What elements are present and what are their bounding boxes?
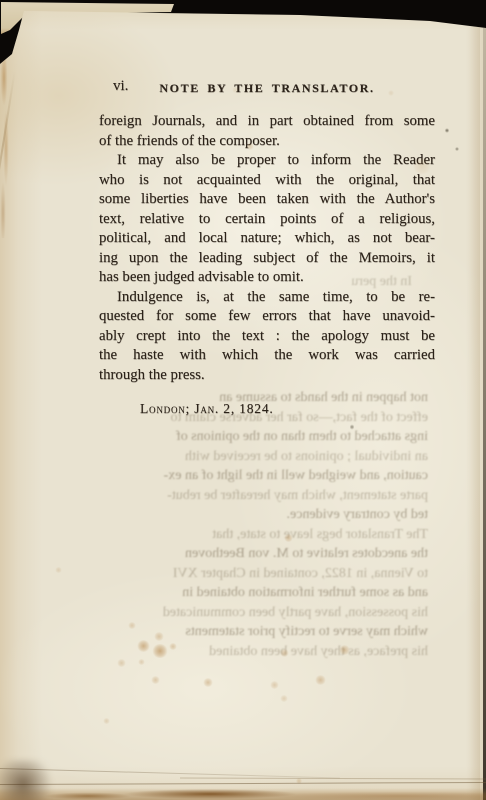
dark-speck bbox=[350, 424, 354, 430]
foxing-spot bbox=[138, 659, 145, 665]
foxing-spot bbox=[152, 644, 168, 658]
body-line: through the press. bbox=[99, 366, 435, 386]
show-through-line: The Translator begs leave to state, that bbox=[96, 525, 428, 545]
body-line: ably crept into the text : the apology m… bbox=[99, 327, 435, 347]
printed-text-block: vi. NOTE BY THE TRANSLATOR. foreign Jour… bbox=[99, 78, 435, 417]
body-line: who is not acquainted with the original,… bbox=[99, 171, 435, 191]
dateline: London; Jan. 2, 1824. bbox=[99, 401, 435, 417]
foxing-spot bbox=[270, 681, 279, 689]
body-line: Indulgence is, at the same time, to be r… bbox=[99, 288, 435, 308]
bottom-left-smudge bbox=[0, 760, 58, 800]
foxing-spot bbox=[315, 675, 326, 685]
body-line: political, and local nature; which, as n… bbox=[99, 229, 435, 249]
foxing-spot bbox=[169, 643, 177, 650]
body-line: some liberties have been taken with the … bbox=[99, 190, 435, 210]
running-header: vi. NOTE BY THE TRANSLATOR. bbox=[99, 78, 435, 112]
show-through-line: ings attached to them than on the opinio… bbox=[96, 427, 428, 447]
foxing-spot bbox=[280, 695, 288, 702]
foxing-spot bbox=[137, 640, 150, 652]
body-line: the haste with which the work was carrie… bbox=[99, 346, 435, 366]
dark-speck bbox=[455, 147, 459, 151]
foxing-spot bbox=[55, 567, 62, 573]
show-through-line: to Vienna, in 1822, contained in Chapter… bbox=[96, 564, 428, 584]
foxing-spot bbox=[339, 645, 350, 655]
foxing-spot bbox=[246, 143, 254, 150]
show-through-line: caution, and weighed well in the light o… bbox=[96, 466, 428, 486]
body-line: quested for some few errors that have un… bbox=[99, 307, 435, 327]
show-through-text: not happen in the hands to assume an eff… bbox=[96, 388, 428, 661]
foxing-spot bbox=[103, 718, 110, 724]
show-through-line: an individual ; opinions to be received … bbox=[96, 447, 428, 467]
foxing-spot bbox=[284, 534, 293, 542]
foxing-spot bbox=[117, 659, 126, 667]
show-through-line: parte statement, which may hereafter be … bbox=[96, 486, 428, 506]
right-curvature-shadow bbox=[466, 0, 480, 800]
body-line: of the friends of the composer. bbox=[99, 132, 435, 152]
foxing-spot bbox=[280, 649, 289, 657]
show-through-line: ted by contrary evidence. bbox=[96, 505, 428, 525]
foxing-spot bbox=[203, 678, 213, 687]
foxing-spot bbox=[128, 622, 136, 629]
book-photo: In the peru not happen in the hands to a… bbox=[0, 0, 486, 800]
bottom-edge-stain bbox=[0, 784, 486, 800]
book-page: In the peru not happen in the hands to a… bbox=[0, 0, 486, 800]
show-through-line: and as some further information obtained… bbox=[96, 583, 428, 603]
foxing-spot bbox=[151, 676, 160, 684]
body-line: ing upon the leading subject of the Memo… bbox=[99, 249, 435, 269]
foxing-spot bbox=[412, 158, 432, 174]
body-line: text, relative to certain points of a re… bbox=[99, 210, 435, 230]
show-through-line: which may serve to rectify prior stateme… bbox=[96, 622, 428, 642]
body-line: foreign Journals, and in part obtained f… bbox=[99, 112, 435, 132]
show-through-line: his possession, have partly been communi… bbox=[96, 603, 428, 623]
body-line: It may also be proper to inform the Read… bbox=[99, 151, 435, 171]
foxing-spot bbox=[232, 87, 239, 93]
foxing-spot bbox=[388, 90, 394, 96]
body-line: has been judged advisable to omit. bbox=[99, 268, 435, 288]
dark-speck bbox=[445, 128, 449, 133]
foxing-spot bbox=[154, 632, 164, 641]
page-title: NOTE BY THE TRANSLATOR. bbox=[99, 81, 435, 96]
show-through-line: the anecdotes relative to M. von Beethov… bbox=[96, 544, 428, 564]
bottom-crease bbox=[180, 777, 486, 779]
